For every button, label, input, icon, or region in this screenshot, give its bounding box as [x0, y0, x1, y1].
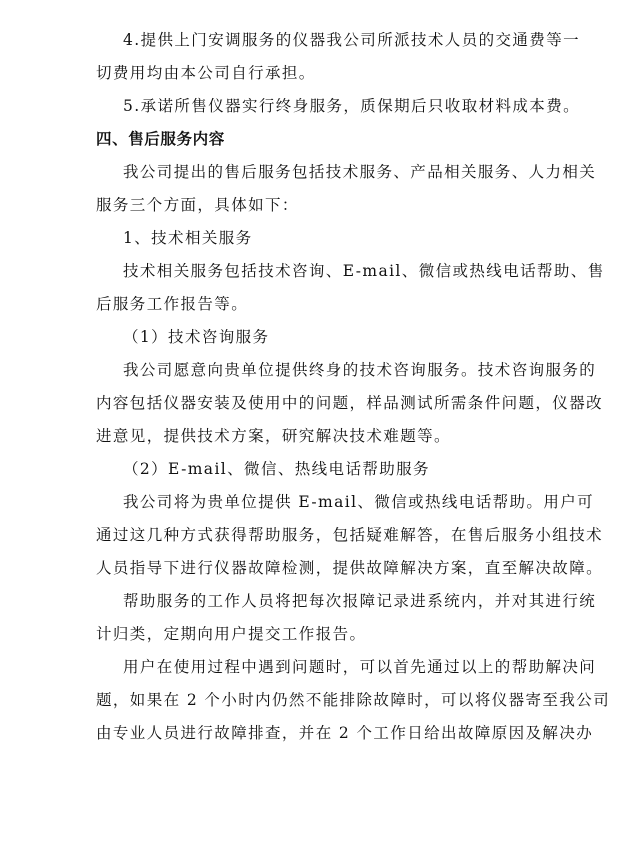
paragraph-line: 帮助服务的工作人员将把每次报障记录进系统内，并对其进行统 — [96, 585, 546, 618]
paragraph-line: 服务三个方面，具体如下： — [96, 189, 546, 222]
subsection-heading: （1）技术咨询服务 — [96, 321, 546, 354]
paragraph-line: 题，如果在 2 个小时内仍然不能排除故障时，可以将仪器寄至我公司 — [96, 684, 546, 717]
paragraph-line: 用户在使用过程中遇到问题时，可以首先通过以上的帮助解决问 — [96, 651, 546, 684]
paragraph-line: 切费用均由本公司自行承担。 — [96, 57, 546, 90]
paragraph-line: 内容包括仪器安装及使用中的问题，样品测试所需条件问题，仪器改 — [96, 387, 546, 420]
subsection-heading: 1、技术相关服务 — [96, 222, 546, 255]
paragraph-line: 我公司将为贵单位提供 E-mail、微信或热线电话帮助。用户可 — [96, 486, 546, 519]
paragraph-line: 我公司提出的售后服务包括技术服务、产品相关服务、人力相关 — [96, 156, 546, 189]
document-page: 4.提供上门安调服务的仪器我公司所派技术人员的交通费等一 切费用均由本公司自行承… — [96, 24, 546, 750]
paragraph-line: 我公司愿意向贵单位提供终身的技术咨询服务。技术咨询服务的 — [96, 354, 546, 387]
paragraph-line: 人员指导下进行仪器故障检测，提供故障解决方案，直至解决故障。 — [96, 552, 546, 585]
paragraph-line: 通过这几种方式获得帮助服务，包括疑难解答，在售后服务小组技术 — [96, 519, 546, 552]
paragraph-line: 由专业人员进行故障排查，并在 2 个工作日给出故障原因及解决办 — [96, 717, 546, 750]
paragraph-line: 4.提供上门安调服务的仪器我公司所派技术人员的交通费等一 — [96, 24, 546, 57]
paragraph-line: 计归类，定期向用户提交工作报告。 — [96, 618, 546, 651]
paragraph-line: 5.承诺所售仪器实行终身服务，质保期后只收取材料成本费。 — [96, 90, 546, 123]
paragraph-line: 后服务工作报告等。 — [96, 288, 546, 321]
subsection-heading: （2）E-mail、微信、热线电话帮助服务 — [96, 453, 546, 486]
section-heading: 四、售后服务内容 — [96, 123, 546, 156]
paragraph-line: 进意见，提供技术方案，研究解决技术难题等。 — [96, 420, 546, 453]
paragraph-line: 技术相关服务包括技术咨询、E-mail、微信或热线电话帮助、售 — [96, 255, 546, 288]
